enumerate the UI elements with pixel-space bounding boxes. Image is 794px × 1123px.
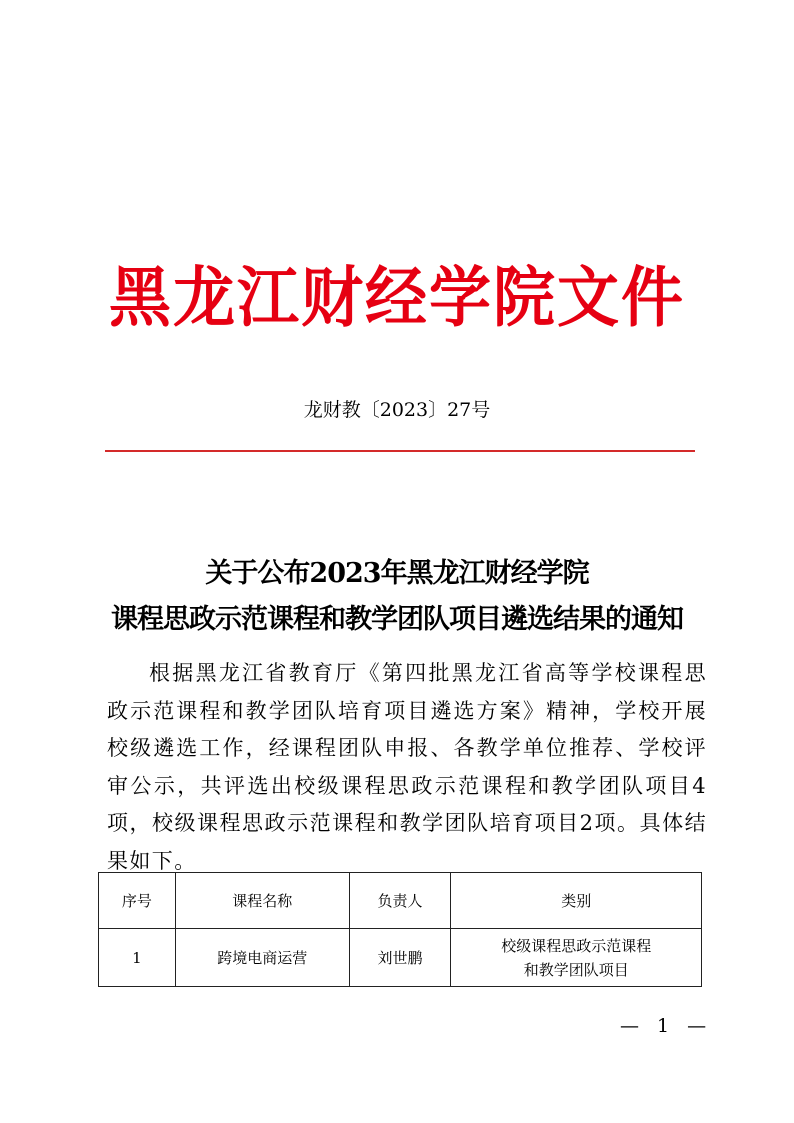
header-index: 序号 — [99, 873, 176, 929]
cell-index: 1 — [99, 929, 176, 987]
header-leader: 负责人 — [349, 873, 451, 929]
header-course-name: 课程名称 — [175, 873, 349, 929]
notice-body-paragraph: 根据黑龙江省教育厅《第四批黑龙江省高等学校课程思政示范课程和教学团队培育项目遴选… — [107, 655, 707, 880]
document-number: 龙财教〔2023〕27号 — [0, 396, 794, 424]
red-divider-line — [105, 450, 695, 452]
results-table: 序号 课程名称 负责人 类别 1 跨境电商运营 刘世鹏 校级课程思政示范课程 和… — [98, 872, 702, 987]
page-number: — 1 — — [620, 1015, 712, 1037]
category-line-2: 和教学团队项目 — [451, 958, 701, 982]
notice-title-line-2: 课程思政示范课程和教学团队项目遴选结果的通知 — [0, 600, 794, 640]
notice-title-line-1: 关于公布2023年黑龙江财经学院 — [0, 554, 794, 594]
document-masthead: 黑龙江财经学院文件 — [0, 256, 794, 340]
table-header-row: 序号 课程名称 负责人 类别 — [99, 873, 702, 929]
table-row: 1 跨境电商运营 刘世鹏 校级课程思政示范课程 和教学团队项目 — [99, 929, 702, 987]
header-category: 类别 — [451, 873, 702, 929]
cell-category: 校级课程思政示范课程 和教学团队项目 — [451, 929, 702, 987]
category-line-1: 校级课程思政示范课程 — [451, 934, 701, 958]
cell-course-name: 跨境电商运营 — [175, 929, 349, 987]
cell-leader: 刘世鹏 — [349, 929, 451, 987]
